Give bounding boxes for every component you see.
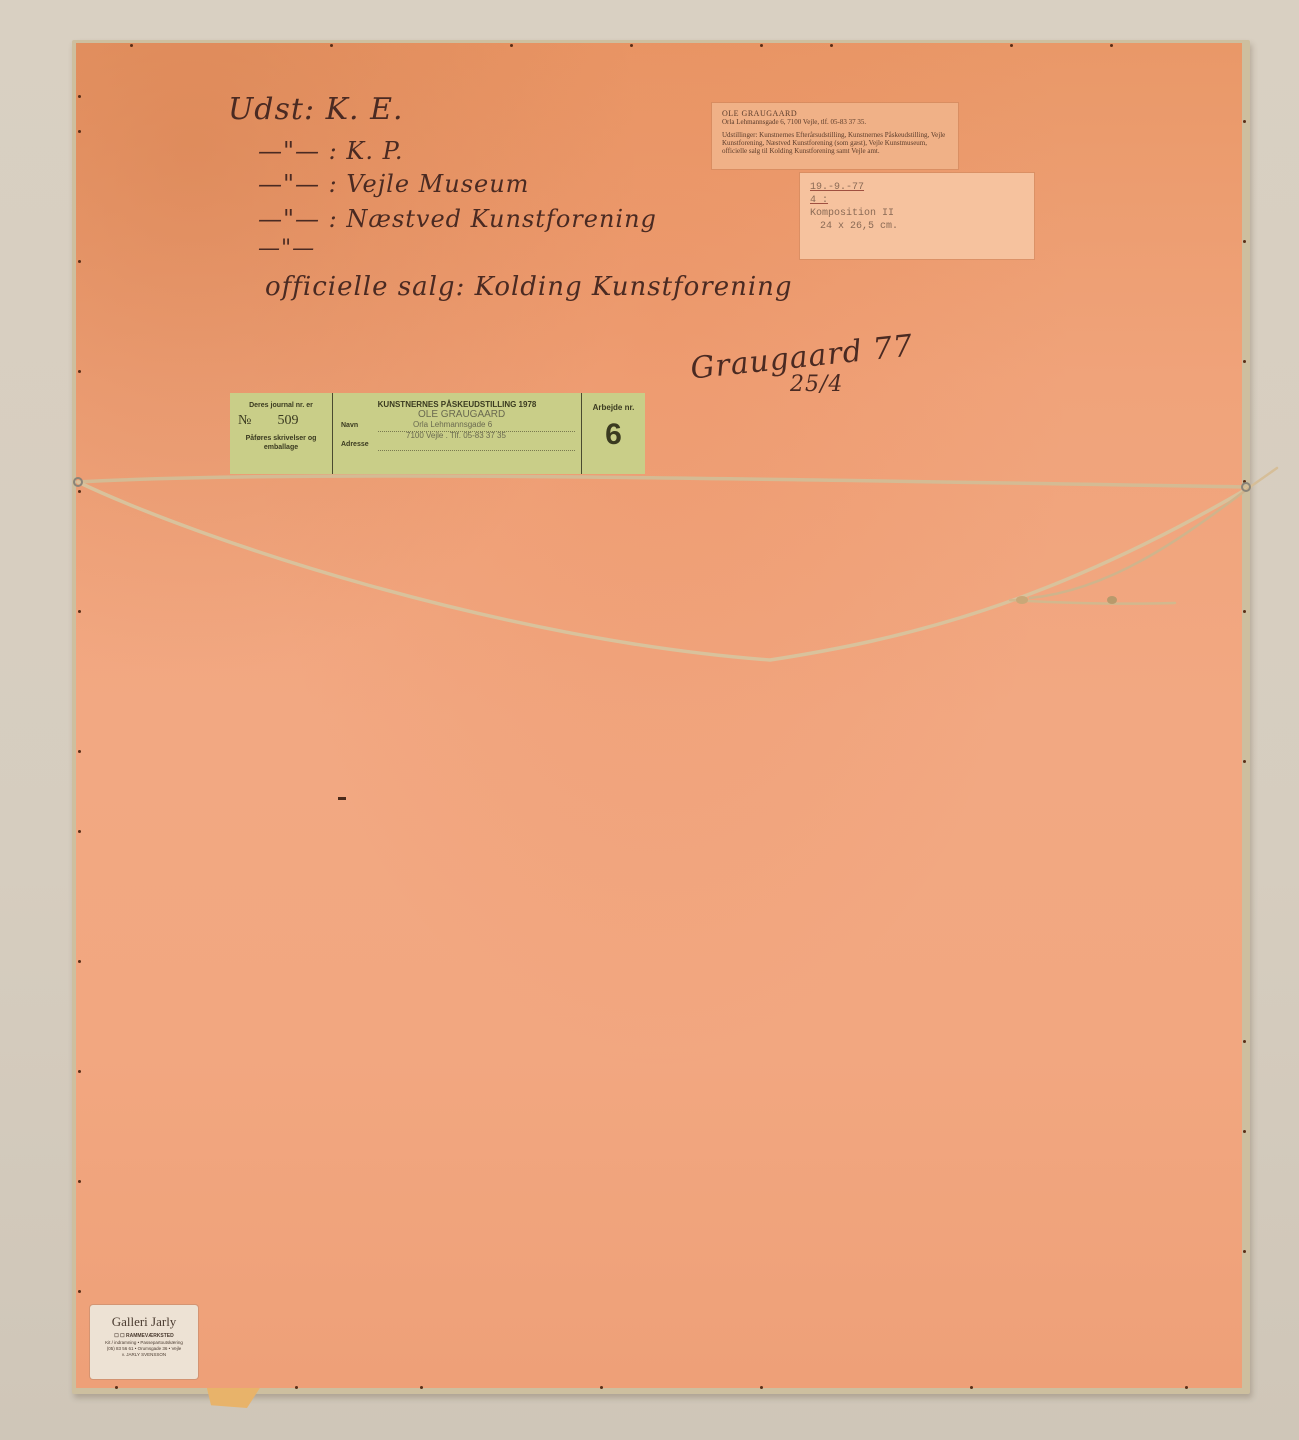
artwork-size: 24 x 26,5 cm. (810, 220, 1024, 233)
journal-note: Påføres skrivelser og emballage (230, 434, 332, 452)
nail (78, 1290, 81, 1293)
nail (1243, 1250, 1246, 1253)
nail (130, 44, 133, 47)
nail (78, 130, 81, 133)
number-sign: № (238, 413, 251, 429)
nail (1243, 480, 1246, 483)
nail (78, 260, 81, 263)
nail (630, 44, 633, 47)
nail (420, 1386, 423, 1389)
nail (115, 1386, 118, 1389)
nail (760, 1386, 763, 1389)
artwork-number: 4 : (810, 194, 1024, 207)
artwork-title: Komposition II (810, 207, 1024, 220)
nail (78, 490, 81, 493)
gallery-line: (05) 83 56 61 • Orumsgade 36 • Vejle (90, 1346, 198, 1351)
artist-address: Orla Lehmannsgade 6, 7100 Vejle, tlf. 05… (722, 118, 948, 126)
nail (78, 830, 81, 833)
nail (1110, 44, 1113, 47)
address-label: Adresse (341, 441, 369, 448)
mark (338, 797, 346, 800)
nail (78, 1070, 81, 1073)
work-number: 6 (582, 418, 645, 452)
note-line: —"— : Vejle Museum (258, 170, 529, 198)
exhibition-title: KUNSTNERNES PÅSKEUDSTILLING 1978 (333, 400, 581, 409)
address-line-1: Orla Lehmannsgade 6 (413, 420, 492, 429)
artist-label: OLE GRAUGAARD Orla Lehmannsgade 6, 7100 … (712, 103, 958, 169)
gallery-name: Galleri Jarly (90, 1314, 198, 1330)
nail (78, 960, 81, 963)
artist-section: KUNSTNERNES PÅSKEUDSTILLING 1978 OLE GRA… (333, 393, 582, 474)
exhibition-label: Deres journal nr. er № 509 Påføres skriv… (230, 393, 645, 474)
nail (1010, 44, 1013, 47)
nail (600, 1386, 603, 1389)
note-line: Udst: K. E. (228, 92, 404, 127)
nail (78, 370, 81, 373)
gallery-line: Kit / indramning • Passepartoutskæring (90, 1340, 198, 1345)
nail (78, 95, 81, 98)
artist-exhibitions: Udstillinger: Kunstnernes Efterårsudstil… (722, 131, 948, 155)
nail (78, 1180, 81, 1183)
nail (510, 44, 513, 47)
gallery-subtitle: ☐ ☐ RAMMEVÆRKSTED (90, 1333, 198, 1339)
work-label: Arbejde nr. (582, 403, 645, 412)
journal-section: Deres journal nr. er № 509 Påføres skriv… (230, 393, 333, 474)
note-line: —"— : K. P. (258, 137, 403, 165)
artwork-label: 19.-9.-77 4 : Komposition II 24 x 26,5 c… (800, 173, 1034, 259)
journal-caption: Deres journal nr. er (230, 402, 332, 409)
stamped-name: OLE GRAUGAARD (418, 409, 505, 420)
note-line: officielle salg: Kolding Kunstforening (265, 272, 793, 302)
nail (1243, 240, 1246, 243)
nail (330, 44, 333, 47)
nail (1243, 610, 1246, 613)
nail (760, 44, 763, 47)
nail (1243, 1130, 1246, 1133)
signature-date: 25/4 (790, 372, 843, 397)
work-section: Arbejde nr. 6 (582, 393, 645, 474)
nail (78, 610, 81, 613)
nail (295, 1386, 298, 1389)
name-label: Navn (341, 422, 358, 429)
nail (78, 750, 81, 753)
backing-board (76, 43, 1242, 1388)
nail (830, 44, 833, 47)
address-rule (378, 450, 575, 451)
note-line: —"— (258, 236, 315, 261)
nail (1243, 1040, 1246, 1043)
gallery-label: Galleri Jarly ☐ ☐ RAMMEVÆRKSTED Kit / in… (90, 1305, 198, 1379)
artist-name: OLE GRAUGAARD (722, 109, 948, 118)
nail (1243, 120, 1246, 123)
gallery-line: v. JARLY SVENSSON (90, 1352, 198, 1357)
nail (1185, 1386, 1188, 1389)
nail (970, 1386, 973, 1389)
note-line: —"— : Næstved Kunstforening (258, 205, 657, 233)
nail (1243, 360, 1246, 363)
artwork-date: 19.-9.-77 (810, 181, 1024, 194)
nail (1243, 760, 1246, 763)
address-line-2: 7100 Vejle . Tlf. 05-83 37 35 (406, 431, 506, 440)
